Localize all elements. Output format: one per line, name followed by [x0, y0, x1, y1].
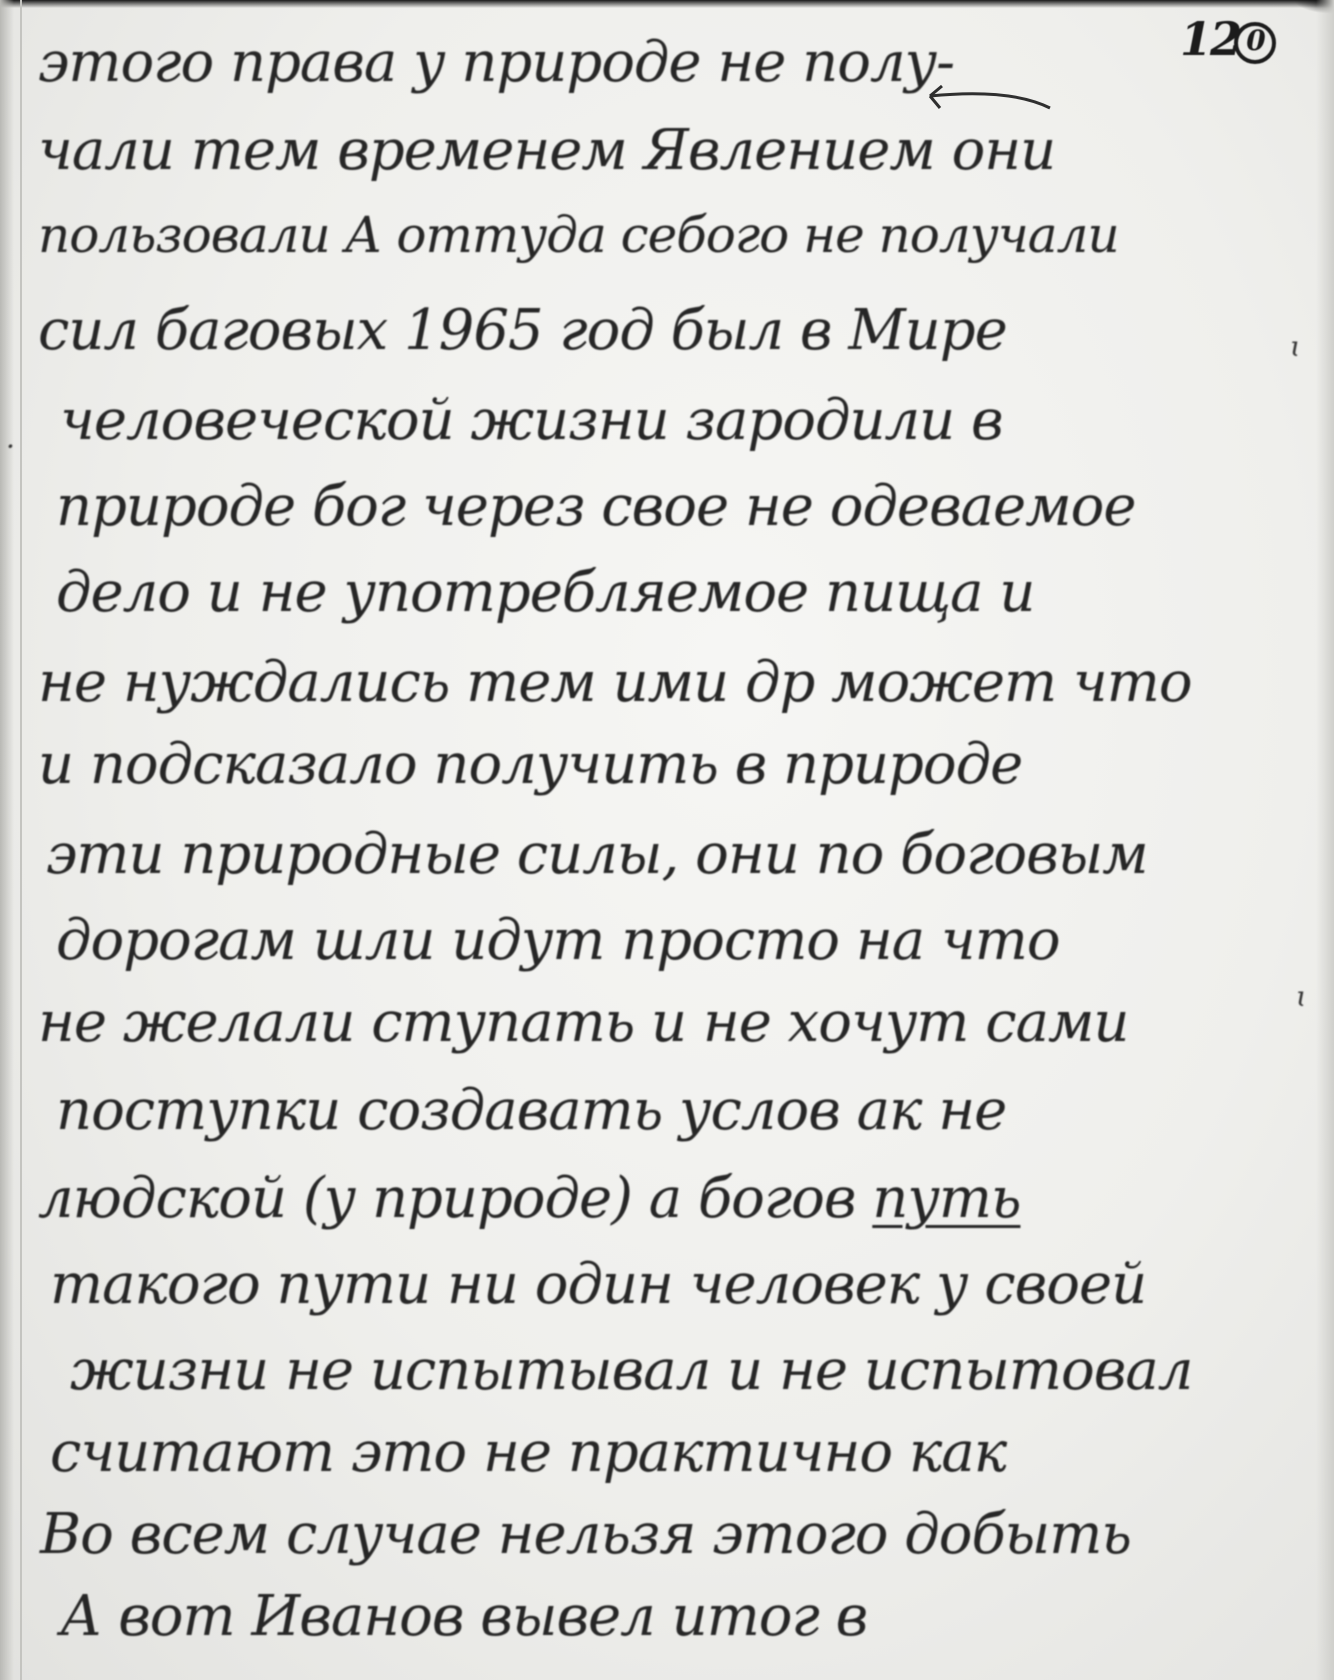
page-number: 120 [1180, 12, 1276, 66]
underlined-word: путь [872, 1166, 1020, 1231]
photo-top-edge [0, 0, 1334, 8]
manuscript-line: людской (у природе) а богов путь [38, 1166, 1020, 1231]
paper-fold-line [20, 0, 22, 1680]
manuscript-line: А вот Иванов вывел итог в [60, 1584, 867, 1649]
manuscript-line: дело и не употребляемое пища и [56, 560, 1034, 625]
manuscript-line: поступки создавать услов ак не [56, 1078, 1006, 1143]
manuscript-line: эти природные силы, они по боговым [46, 822, 1148, 887]
manuscript-line: не желали ступать и не хочут сами [38, 990, 1128, 1055]
manuscript-line: жизни не испытывал и не испытовал [70, 1338, 1192, 1403]
margin-mark: ɩ [1296, 980, 1307, 1013]
manuscript-line: не нуждались тем ими др может что [38, 650, 1192, 715]
manuscript-line: и подсказало получить в природе [38, 732, 1022, 797]
manuscript-line-text: людской (у природе) а богов путь [38, 1166, 1020, 1231]
manuscript-line: пользовали А оттуда себого не получали [38, 206, 1119, 264]
paper-right-edge [1316, 0, 1334, 1680]
paper-left-edge [0, 0, 14, 1680]
manuscript-line: этого права у природе не полу- [38, 30, 954, 95]
manuscript-line: Во всем случае нельзя этого добыть [40, 1502, 1131, 1567]
page-number-digits: 12 [1180, 12, 1240, 66]
manuscript-line: сил баговых 1965 год был в Мире [38, 298, 1007, 363]
manuscript-line: такого пути ни один человек у своей [50, 1252, 1146, 1317]
manuscript-line: природе бог через свое не одеваемое [56, 474, 1135, 539]
margin-mark: ɩ [1290, 330, 1301, 363]
manuscript-line: чали тем временем Явлением они [38, 118, 1055, 183]
manuscript-line: человеческой жизни зародили в [60, 388, 1003, 453]
margin-mark: · [6, 430, 15, 463]
manuscript-line: дорогам шли идут просто на что [56, 908, 1060, 973]
manuscript-line: считают это не практично как [50, 1420, 1006, 1485]
page-number-circled-digit: 0 [1234, 22, 1276, 64]
manuscript-photo: 120 этого права у природе не полу- чали … [0, 0, 1334, 1680]
